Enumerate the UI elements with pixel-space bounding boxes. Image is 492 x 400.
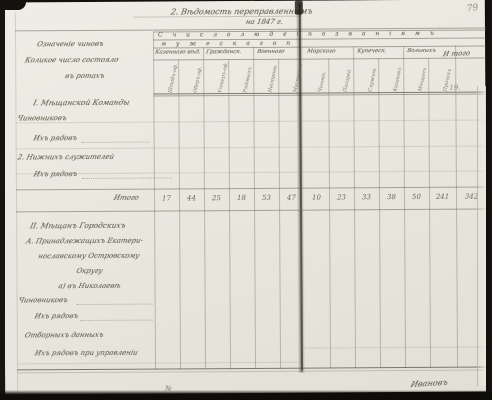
column-line [428,58,431,368]
row-line [16,171,487,175]
span-header-left-2: м у ж е с к а г о п о л а [161,40,299,48]
underlying-page-edge [477,86,486,386]
leader-line [82,177,172,179]
column-header: Оберъ-оф. [192,66,203,94]
total-value: 17 [154,194,179,202]
total-value: 25 [204,194,229,202]
section2-line2: нославскому Островскому [37,252,140,261]
column-header: Мѣщанъ [417,67,428,92]
scan-corner-top-left [0,0,26,10]
corner-line-3: въ ротахъ [64,72,105,80]
leader-line [77,304,153,305]
column-header: Мастеров. [292,63,304,93]
signature: Ивановъ [410,378,449,389]
page-number: 79 [466,3,479,15]
row-line [17,362,303,365]
column-header: Чиновн. [317,71,327,93]
table-bottom-border2 [17,370,488,374]
row-line [303,347,488,349]
total-value: 241 [429,193,456,201]
section2-line4: а) въ Николаевѣ [58,282,122,290]
scan-edge-bottom [0,390,492,400]
section2-row2: Ихъ рядовъ [34,312,79,320]
total-value: 18 [229,194,254,202]
margin-note: 19. [449,84,460,92]
totals-row: 17 44 25 18 53 47 10 23 33 38 50 241 342 [154,189,487,207]
total-value: 50 [404,193,429,201]
group-label: Военнаго [257,49,300,55]
column-line [378,58,381,368]
column-header: Рядовыхъ [242,67,253,94]
span-header-left: С ч и с л о л ю д е й [158,31,298,39]
span-header-right: п о з в а н і я м ъ [308,30,483,38]
section2-line3: Округу [75,267,103,275]
column-header: Штабъ-оф. [167,63,179,93]
section2-heading: II. Мѣщанъ Городскихъ [29,221,127,231]
total-value: 53 [254,194,279,202]
column-line [328,58,331,368]
column-line [278,59,281,369]
corner-line-2: Коликое число состояло [24,56,119,65]
total-value: 10 [304,193,329,201]
group-label: Купеческ. [357,48,402,54]
column-line [228,59,231,369]
scanned-document: 79 2. Вѣдомость переправленнымъ на 1847 … [0,0,492,400]
total-value: 44 [179,194,204,202]
totals-bottom-line [16,209,487,213]
group-label: Казеннаго вѣд. [155,49,202,55]
column-header: Писарей [342,69,352,92]
document-subtitle: на 1847 г. [245,18,283,26]
section1-row2: Ихъ рядовъ [33,134,78,142]
leader-line [82,142,150,143]
column-header: Унтеръ-оф. [217,61,229,93]
total-value: 23 [329,193,354,201]
column-line [178,59,181,369]
group-label: Морскаго [307,48,352,54]
section2-row1: Чиновниковъ [18,296,69,304]
section1-heading2: 2. Нижнихъ служителей [17,153,115,162]
column-header: Служит. [367,67,378,93]
book-gutter-top-mark [295,1,303,15]
section2-line1: А. Принадлежащихъ Екатери- [25,237,144,246]
section1-heading: I. Мѣщанской Команды [32,98,130,108]
total-value: 38 [379,193,404,201]
corner-line-1: Означеніе чиновъ [36,40,104,48]
column-header: Нестроев. [267,64,279,93]
group-label: Гражданск. [206,49,252,55]
section2-row4: Ихъ рядовъ при управленіи [34,349,139,358]
row-line [16,120,487,124]
margin-line [15,12,18,392]
leader-line [81,320,153,321]
totals-label: Итого [113,194,140,202]
column-header: Казаковъ [392,67,403,93]
total-value: 33 [354,193,379,201]
section2-row3: Отборныхъ данныхъ [24,331,105,339]
scan-edge-left [0,0,5,400]
row-line [16,146,487,150]
paper-sheet: 79 2. Вѣдомость переправленнымъ на 1847 … [3,0,487,394]
scan-edge-right [486,0,492,400]
rotated-column-headers: Штабъ-оф. Оберъ-оф. Унтеръ-оф. Рядовыхъ … [153,58,486,94]
total-value: 47 [279,194,304,202]
